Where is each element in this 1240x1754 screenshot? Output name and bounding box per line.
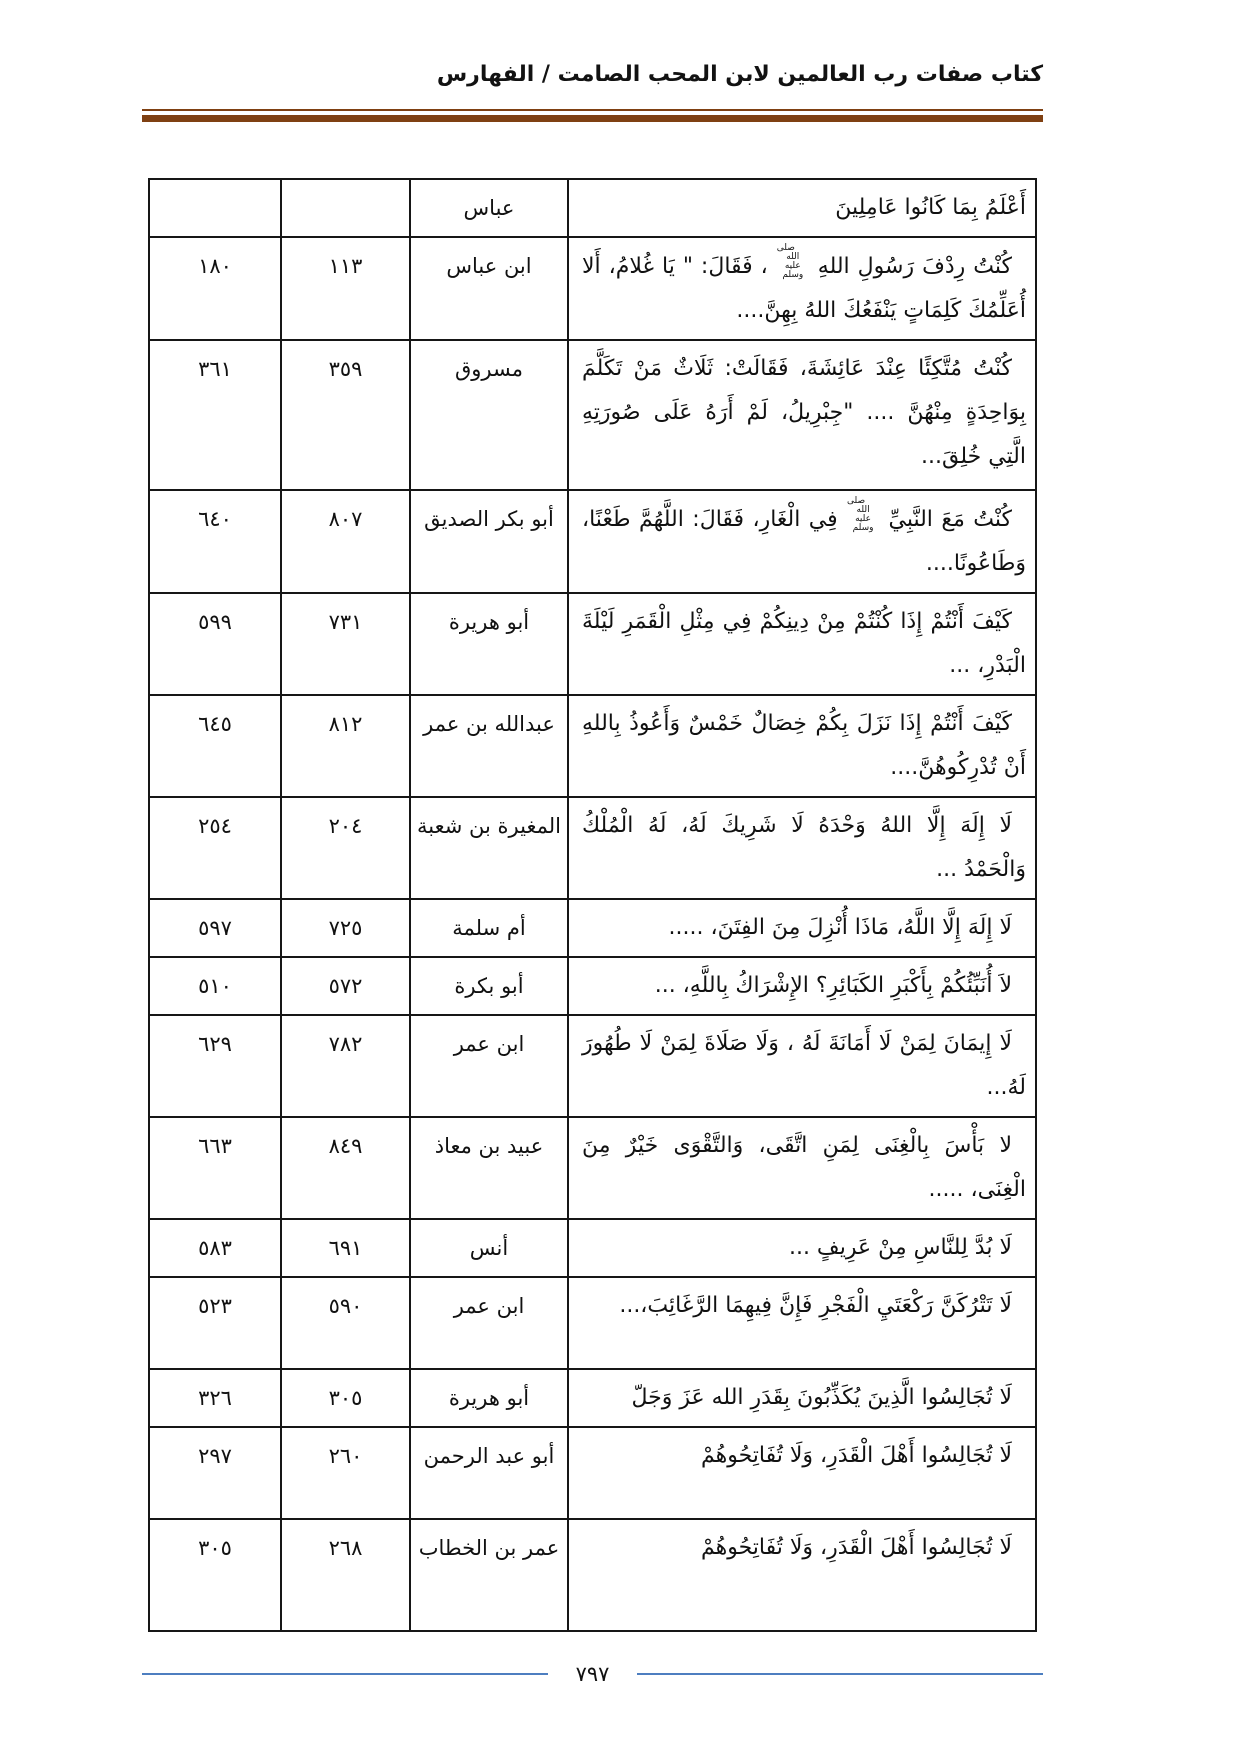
page-number-cell: ٥٩٧ [149, 899, 281, 957]
table-row: لَا إِيمَانَ لِمَنْ لَا أَمَانَةَ لَهُ ،… [149, 1015, 1036, 1117]
page-number-cell: ٣٦١ [149, 340, 281, 490]
hadith-number-cell: ٨١٢ [281, 695, 410, 797]
table-row: لا بَأْسَ بِالْغِنَى لِمَنِ اتَّقَى، وَا… [149, 1117, 1036, 1219]
hadith-text-cell: كُنْتُ رِدْفَ رَسُولِ اللهِ صلى اللهعليه… [568, 237, 1036, 340]
hadith-text-cell: أَعْلَمُ بِمَا كَانُوا عَامِلِينَ [568, 179, 1036, 237]
page-number: ٧٩٧ [548, 1662, 638, 1686]
narrator-cell: المغيرة بن شعبة [410, 797, 568, 899]
table-row: كَيْفَ أَنْتُمْ إِذَا نَزَلَ بِكُمْ خِصَ… [149, 695, 1036, 797]
footer-rule-right [637, 1673, 1043, 1675]
page-number-cell: ٥٨٣ [149, 1219, 281, 1277]
page-number-cell: ٥٩٩ [149, 593, 281, 695]
narrator-cell: أبو هريرة [410, 593, 568, 695]
header-rule-thick [142, 115, 1043, 122]
hadith-number-cell: ٣٠٥ [281, 1369, 410, 1427]
hadith-text-cell: لَا إِلَهَ إِلَّا اللَّهُ، مَاذَا أُنْزِ… [568, 899, 1036, 957]
table-row: لَا تُجَالِسُوا أَهْلَ الْقَدَرِ، وَلَا … [149, 1519, 1036, 1631]
hadith-number-cell: ٨٤٩ [281, 1117, 410, 1219]
page-number-cell: ٢٥٤ [149, 797, 281, 899]
narrator-cell: عمر بن الخطاب [410, 1519, 568, 1631]
page-number-cell: ٦٤٥ [149, 695, 281, 797]
table-row: كُنْتُ مُتَّكِئًا عِنْدَ عَائِشَةَ، فَقَ… [149, 340, 1036, 490]
hadith-text-cell: لَا تُجَالِسُوا أَهْلَ الْقَدَرِ، وَلَا … [568, 1519, 1036, 1631]
table-row: كُنْتُ مَعَ النَّبِيِّ صلى اللهعليه وسلم… [149, 490, 1036, 593]
page-number-cell: ٦٢٩ [149, 1015, 281, 1117]
salla-allahu-alayhi-wasallam-icon: صلى اللهعليه وسلم [846, 497, 880, 533]
narrator-cell: أبو هريرة [410, 1369, 568, 1427]
hadith-number-cell: ٢٦٨ [281, 1519, 410, 1631]
table-row: لَا تُجَالِسُوا أَهْلَ الْقَدَرِ، وَلَا … [149, 1427, 1036, 1519]
scanned-book-page: كتاب صفات رب العالمين لابن المحب الصامت … [0, 0, 1240, 1754]
table-row: لَا تُجَالِسُوا الَّذِينَ يُكَذِّبُونَ ب… [149, 1369, 1036, 1427]
narrator-cell: مسروق [410, 340, 568, 490]
hadith-index-table: أَعْلَمُ بِمَا كَانُوا عَامِلِينَ عباس ك… [148, 178, 1037, 1632]
hadith-text-cell: لَا تُجَالِسُوا الَّذِينَ يُكَذِّبُونَ ب… [568, 1369, 1036, 1427]
page-number-cell: ٣٢٦ [149, 1369, 281, 1427]
footer-rule-left [142, 1673, 548, 1675]
hadith-number-cell [281, 179, 410, 237]
hadith-number-cell: ٧٨٢ [281, 1015, 410, 1117]
page-footer: ٧٩٧ [142, 1662, 1043, 1686]
salla-allahu-alayhi-wasallam-icon: صلى اللهعليه وسلم [776, 244, 810, 280]
hadith-text-cell: كَيْفَ أَنْتُمْ إِذَا كُنْتُمْ مِنْ دِين… [568, 593, 1036, 695]
hadith-number-cell: ٣٥٩ [281, 340, 410, 490]
narrator-cell: عباس [410, 179, 568, 237]
hadith-text-cell: لَا إِيمَانَ لِمَنْ لَا أَمَانَةَ لَهُ ،… [568, 1015, 1036, 1117]
narrator-cell: عبدالله بن عمر [410, 695, 568, 797]
table-row: لَا بُدَّ لِلنَّاسِ مِنْ عَرِيفٍ ... أنس… [149, 1219, 1036, 1277]
page-number-cell: ٥١٠ [149, 957, 281, 1015]
table-row: لَا تَتْرُكَنَّ رَكْعَتَيِ الْفَجْرِ فَإ… [149, 1277, 1036, 1369]
page-number-cell: ٦٦٣ [149, 1117, 281, 1219]
page-number-cell: ٣٠٥ [149, 1519, 281, 1631]
table-row: لَا إِلَهَ إِلَّا اللهُ وَحْدَهُ لَا شَر… [149, 797, 1036, 899]
hadith-text-cell: لَا تَتْرُكَنَّ رَكْعَتَيِ الْفَجْرِ فَإ… [568, 1277, 1036, 1369]
page-number-cell: ٥٢٣ [149, 1277, 281, 1369]
hadith-text-cell: لَا تُجَالِسُوا أَهْلَ الْقَدَرِ، وَلَا … [568, 1427, 1036, 1519]
hadith-text-cell: لَا إِلَهَ إِلَّا اللهُ وَحْدَهُ لَا شَر… [568, 797, 1036, 899]
table-row: كَيْفَ أَنْتُمْ إِذَا كُنْتُمْ مِنْ دِين… [149, 593, 1036, 695]
narrator-cell: أنس [410, 1219, 568, 1277]
table-row: لَا إِلَهَ إِلَّا اللَّهُ، مَاذَا أُنْزِ… [149, 899, 1036, 957]
hadith-text-cell: لا بَأْسَ بِالْغِنَى لِمَنِ اتَّقَى، وَا… [568, 1117, 1036, 1219]
page-number-cell: ٢٩٧ [149, 1427, 281, 1519]
hadith-number-cell: ٥٩٠ [281, 1277, 410, 1369]
narrator-cell: ابن عمر [410, 1015, 568, 1117]
hadith-number-cell: ٨٠٧ [281, 490, 410, 593]
narrator-cell: أبو بكر الصديق [410, 490, 568, 593]
hadith-number-cell: ٢٠٤ [281, 797, 410, 899]
hadith-number-cell: ١١٣ [281, 237, 410, 340]
hadith-text-cell: كُنْتُ مُتَّكِئًا عِنْدَ عَائِشَةَ، فَقَ… [568, 340, 1036, 490]
hadith-text-cell: لَا بُدَّ لِلنَّاسِ مِنْ عَرِيفٍ ... [568, 1219, 1036, 1277]
narrator-cell: أبو عبد الرحمن [410, 1427, 568, 1519]
narrator-cell: عبيد بن معاذ [410, 1117, 568, 1219]
hadith-number-cell: ٥٧٢ [281, 957, 410, 1015]
page-title: كتاب صفات رب العالمين لابن المحب الصامت … [142, 62, 1043, 87]
page-number-cell: ١٨٠ [149, 237, 281, 340]
page-number-cell [149, 179, 281, 237]
narrator-cell: أبو بكرة [410, 957, 568, 1015]
hadith-text-cell: لاَ أُنَبِّئُكُمْ بِأَكْبَرِ الكَبَائِرِ… [568, 957, 1036, 1015]
hadith-number-cell: ٦٩١ [281, 1219, 410, 1277]
table-row: لاَ أُنَبِّئُكُمْ بِأَكْبَرِ الكَبَائِرِ… [149, 957, 1036, 1015]
hadith-text-cell: كَيْفَ أَنْتُمْ إِذَا نَزَلَ بِكُمْ خِصَ… [568, 695, 1036, 797]
hadith-number-cell: ٧٣١ [281, 593, 410, 695]
hadith-number-cell: ٧٢٥ [281, 899, 410, 957]
page-number-cell: ٦٤٠ [149, 490, 281, 593]
narrator-cell: ابن عمر [410, 1277, 568, 1369]
table-row: أَعْلَمُ بِمَا كَانُوا عَامِلِينَ عباس [149, 179, 1036, 237]
hadith-number-cell: ٢٦٠ [281, 1427, 410, 1519]
narrator-cell: ابن عباس [410, 237, 568, 340]
narrator-cell: أم سلمة [410, 899, 568, 957]
header-rule-thin [142, 109, 1043, 111]
table-row: كُنْتُ رِدْفَ رَسُولِ اللهِ صلى اللهعليه… [149, 237, 1036, 340]
hadith-text-cell: كُنْتُ مَعَ النَّبِيِّ صلى اللهعليه وسلم… [568, 490, 1036, 593]
